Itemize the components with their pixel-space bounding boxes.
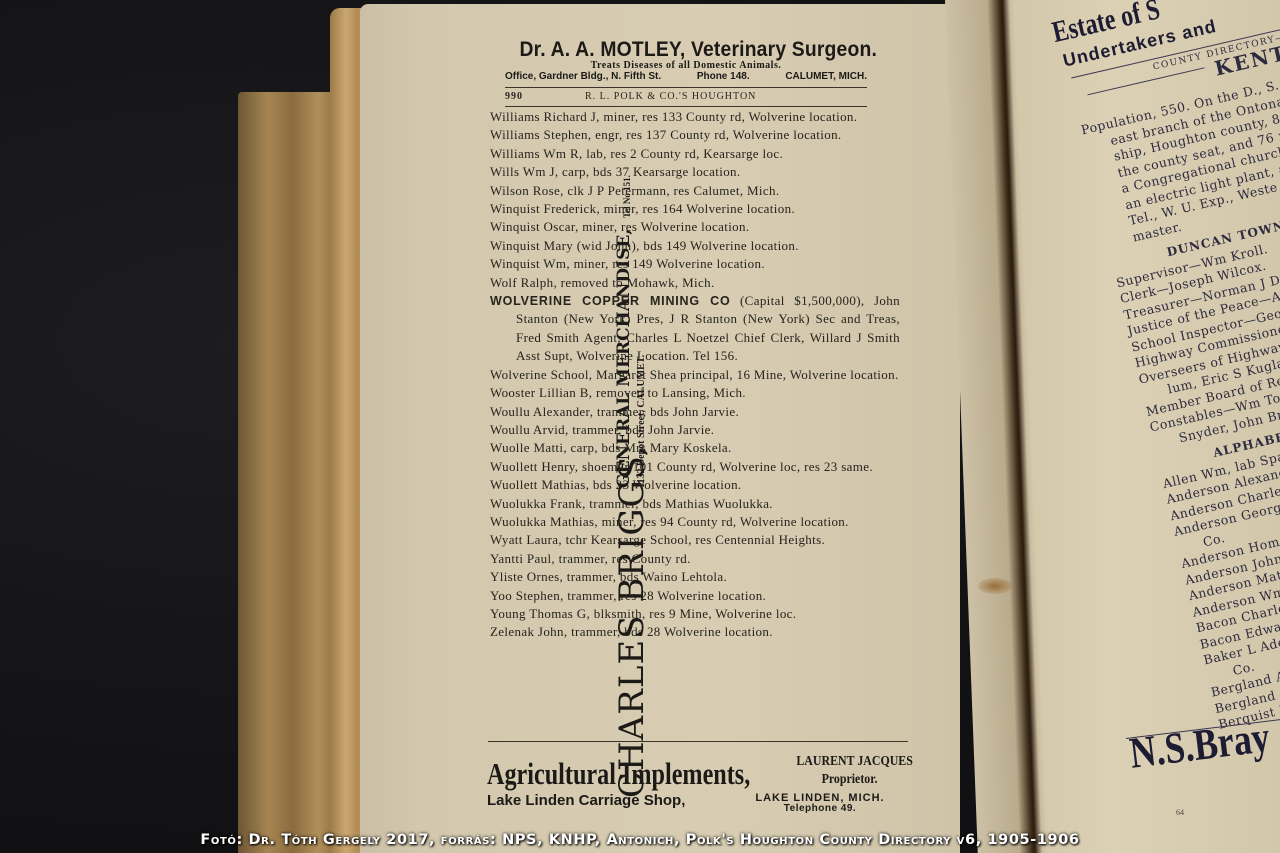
ad-phone: Phone 148. (697, 71, 750, 82)
firm-name: WOLVERINE COPPER MINING CO (490, 294, 730, 308)
list-item: Wuollett Henry, shoemkr 101 County rd, W… (490, 458, 900, 476)
list-item: Wolverine School, Margaret Shea principa… (490, 366, 900, 384)
header-rule-bottom (505, 106, 867, 107)
list-item: Yoo Stephen, trammer, res 28 Wolverine l… (490, 587, 900, 605)
book-page-block-edge (238, 92, 338, 853)
directory-listing: Williams Richard J, miner, res 133 Count… (490, 108, 900, 642)
running-head: 990 R. L. POLK & CO.'S HOUGHTON (505, 91, 865, 102)
list-item: Yliste Ornes, trammer, bds Waino Lehtola… (490, 568, 900, 586)
firm-entry: WOLVERINE COPPER MINING CO (Capital $1,5… (490, 292, 900, 366)
list-item: Wills Wm J, carp, bds 37 Kearsarge locat… (490, 163, 900, 181)
ad-headline: Agricultural Implements, (487, 756, 750, 792)
header-advertisement: Dr. A. A. MOTLEY, Veterinary Surgeon. Tr… (505, 38, 867, 82)
list-item: Wuollett Mathias, bds 23 Wolverine locat… (490, 476, 900, 494)
page-number: 990 (505, 91, 585, 102)
list-item: Williams Wm R, lab, res 2 County rd, Kea… (490, 145, 900, 163)
list-item: Wuolukka Mathias, miner, res 94 County r… (490, 513, 900, 531)
running-head-title: R. L. POLK & CO.'S HOUGHTON (585, 91, 756, 102)
list-item: Williams Stephen, engr, res 137 County r… (490, 126, 900, 144)
list-item: Wilson Rose, clk J P Petermann, res Calu… (490, 182, 900, 200)
list-item: Winquist Frederick, miner, res 164 Wolve… (490, 200, 900, 218)
ad-city: CALUMET, MICH. (785, 71, 867, 82)
list-item: Yantti Paul, trammer, res County rd. (490, 550, 900, 568)
list-item: Wyatt Laura, tchr Kearsarge School, res … (490, 531, 900, 549)
ad-proprietor-name: LAURENT JACQUES (796, 754, 902, 770)
ad-proprietor-label: Proprietor. (796, 772, 902, 788)
ad-office: Office, Gardner Bldg., N. Fifth St. (505, 71, 661, 82)
list-item: Young Thomas G, blksmith, res 9 Mine, Wo… (490, 605, 900, 623)
list-item: Wuolle Matti, carp, bds Mrs Mary Koskela… (490, 439, 900, 457)
right-page-number: 64 (1176, 808, 1184, 817)
ad-subtitle: Treats Diseases of all Domestic Animals. (505, 61, 867, 71)
list-item: Winquist Mary (wid John), bds 149 Wolver… (490, 237, 900, 255)
header-rule-top (505, 87, 867, 88)
list-item: Wooster Lillian B, removed to Lansing, M… (490, 384, 900, 402)
ad-shop: Lake Linden Carriage Shop, (487, 792, 685, 809)
page-stain (978, 578, 1012, 594)
ad-phone: Telephone 49. (725, 803, 915, 814)
ad-title: Dr. A. A. MOTLEY, Veterinary Surgeon. (519, 38, 852, 62)
ad-office-line: Office, Gardner Bldg., N. Fifth St. Phon… (505, 71, 867, 82)
list-item: Woullu Arvid, trammer, bds John Jarvie. (490, 421, 900, 439)
list-item: Winquist Oscar, miner, res Wolverine loc… (490, 218, 900, 236)
list-item: Winquist Wm, miner, res 149 Wolverine lo… (490, 255, 900, 273)
photo-caption: Fotó: Dr. Tóth Gergely 2017, forrás: NPS… (0, 827, 1280, 853)
list-item: Zelenak John, trammer, bds 28 Wolverine … (490, 623, 900, 641)
list-item: Wuolukka Frank, trammer, bds Mathias Wuo… (490, 495, 900, 513)
list-item: Woullu Alexander, trammer, bds John Jarv… (490, 403, 900, 421)
footer-rule (488, 741, 908, 742)
list-item: Wolf Ralph, removed to Mohawk, Mich. (490, 274, 900, 292)
list-item: Williams Richard J, miner, res 133 Count… (490, 108, 900, 126)
